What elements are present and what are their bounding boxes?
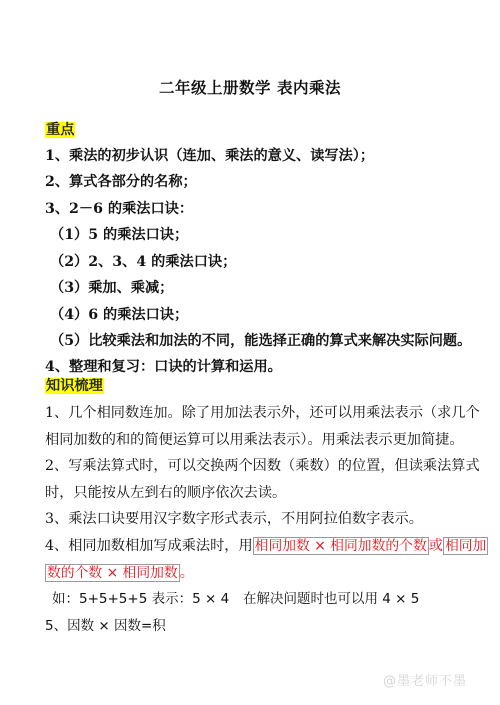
knowledge-line-3: 2、写乘法算式时，可以交换两个因数（乘数）的位置，但读乘法算式 <box>45 456 480 476</box>
knowledge-item-4-prefix: 4、相同加数相加写成乘法时，用 <box>45 538 253 554</box>
key-point-1: 1、乘法的初步认识（连加、乘法的意义、读写法）； <box>45 146 374 166</box>
knowledge-line-5: 3、乘法口诀要用汉字数字形式表示，不用阿拉伯数字表示。 <box>45 509 423 529</box>
knowledge-line-4: 时，只能按从左到右的顺序依次去读。 <box>45 483 286 503</box>
key-point-4: 4、整理和复习：口诀的计算和运用。 <box>45 357 282 377</box>
knowledge-heading: 知识梳理 <box>45 378 104 394</box>
knowledge-line-2: 相同加数的和的简便运算可以用乘法表示）。用乘法表示更加简捷。 <box>45 430 464 450</box>
key-point-3-sub-1: （1）5 的乘法口诀； <box>50 225 188 245</box>
watermark: @墨老师不墨 <box>383 670 467 689</box>
key-point-2: 2、算式各部分的名称； <box>45 172 197 192</box>
example-right: 在解决问题时也可以用 4 × 5 <box>243 589 419 609</box>
example-left: 如：5+5+5+5 表示：5 × 4 <box>52 589 229 609</box>
page-title: 二年级上册数学 表内乘法 <box>0 76 500 98</box>
formula-connector: 或 <box>429 538 443 554</box>
formula-box-1: 相同加数 × 相同加数的个数 <box>253 537 429 555</box>
knowledge-heading-row: 知识梳理 <box>45 376 104 396</box>
key-points-heading-row: 重点 <box>45 120 75 140</box>
key-point-3-sub-2: （2）2、3、4 的乘法口诀； <box>50 252 236 272</box>
key-point-3-sub-4: （4）6 的乘法口诀； <box>50 305 188 325</box>
knowledge-item-4-line-1: 4、相同加数相加写成乘法时，用相同加数 × 相同加数的个数或相同加 <box>45 536 488 556</box>
formula-box-2-part-2: 数的个数 × 相同加数 <box>45 564 180 582</box>
knowledge-item-4-line-2: 数的个数 × 相同加数。 <box>45 563 194 583</box>
knowledge-item-5: 5、因数 × 因数=积 <box>45 616 166 636</box>
key-points-heading: 重点 <box>45 122 75 138</box>
knowledge-line-1: 1、几个相同数连加。除了用加法表示外，还可以用乘法表示（求几个 <box>45 403 480 423</box>
formula-box-2-part-1: 相同加 <box>443 537 488 555</box>
formula-suffix: 。 <box>180 565 194 581</box>
key-point-3: 3、2－6 的乘法口诀： <box>45 199 193 219</box>
key-point-3-sub-5: （5）比较乘法和加法的不同，能选择正确的算式来解决实际问题。 <box>50 331 471 351</box>
key-point-3-sub-3: （3）乘加、乘减； <box>50 278 173 298</box>
